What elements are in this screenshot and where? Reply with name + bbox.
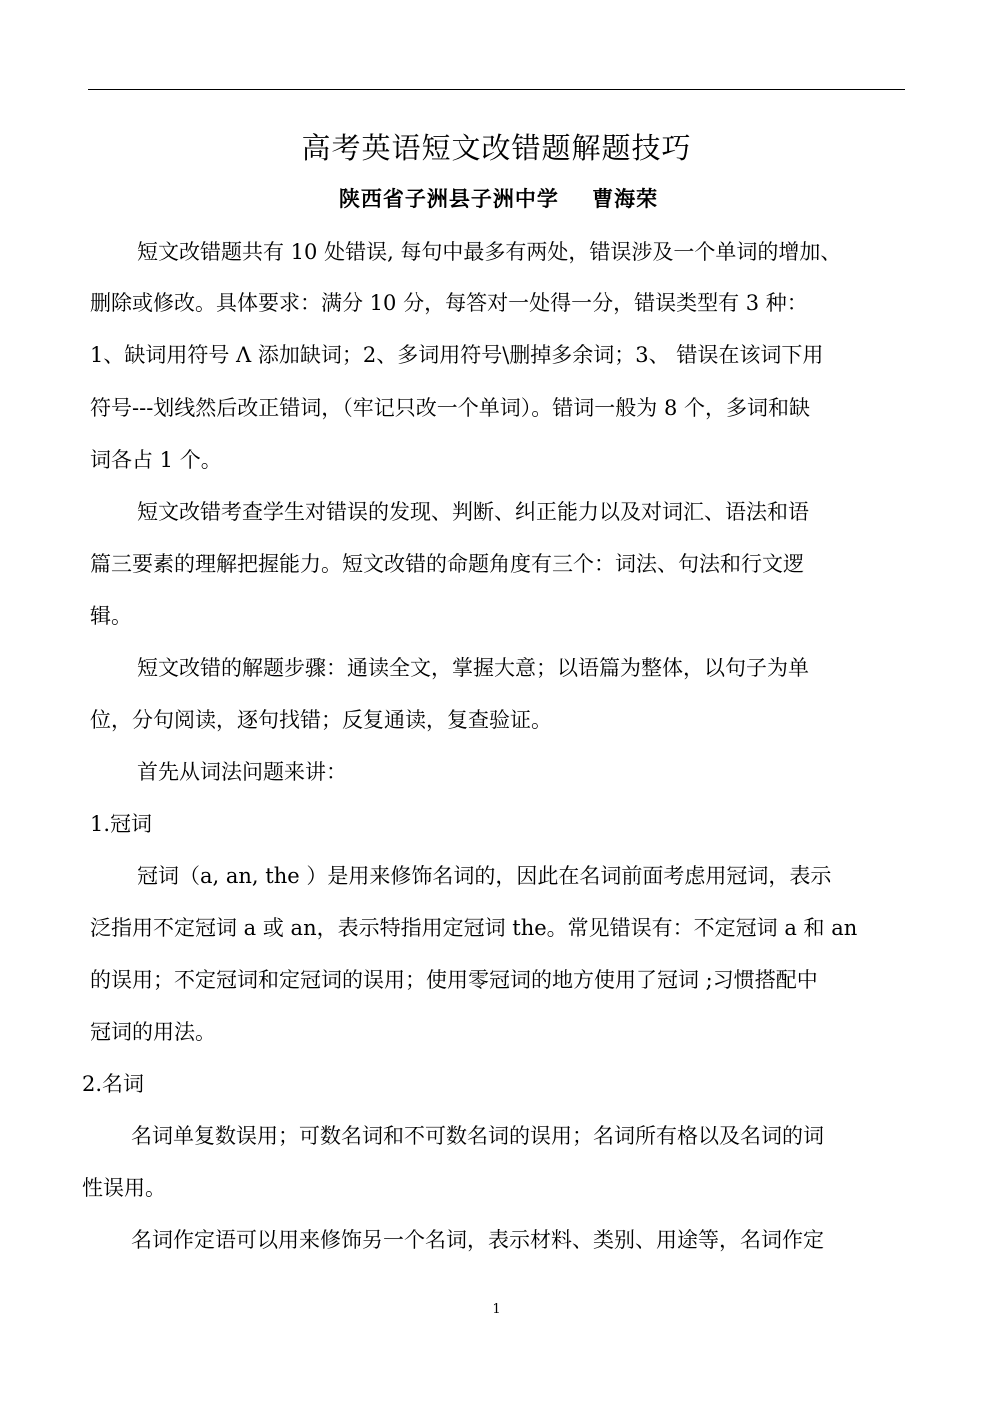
text-line: 词各占 1 个。 xyxy=(90,445,222,475)
text-line: 的误用；不定冠词和定冠词的误用；使用零冠词的地方使用了冠词 ;习惯搭配中 xyxy=(90,965,818,995)
text-line: 泛指用不定冠词 a 或 an，表示特指用定冠词 the。常见错误有：不定冠词 a… xyxy=(90,913,857,943)
text-line: 名词单复数误用；可数名词和不可数名词的误用；名词所有格以及名词的词 xyxy=(131,1121,824,1151)
text-line: 冠词的用法。 xyxy=(90,1017,216,1047)
text-line: 冠词（a, an, the ）是用来修饰名词的，因此在名词前面考虑用冠词，表示 xyxy=(137,861,831,891)
text-line: 篇三要素的理解把握能力。短文改错的命题角度有三个：词法、句法和行文逻 xyxy=(90,549,804,579)
text-line: 短文改错题共有 10 处错误, 每句中最多有两处，错误涉及一个单词的增加、 xyxy=(137,237,841,267)
text-line: 符号---划线然后改正错词，（牢记只改一个单词）。错词一般为 8 个，多词和缺 xyxy=(90,393,810,423)
text-line: 短文改错考查学生对错误的发现、判断、纠正能力以及对词汇、语法和语 xyxy=(137,497,809,527)
text-line: 位，分句阅读，逐句找错；反复通读，复查验证。 xyxy=(90,705,552,735)
header-rule xyxy=(88,89,905,90)
text-line: 1.冠词 xyxy=(90,809,152,839)
text-line: 短文改错的解题步骤：通读全文，掌握大意；以语篇为整体，以句子为单 xyxy=(137,653,809,683)
text-line: 性误用。 xyxy=(82,1173,166,1203)
text-line: 2.名词 xyxy=(82,1069,144,1099)
text-line: 名词作定语可以用来修饰另一个名词，表示材料、类别、用途等，名词作定 xyxy=(131,1225,824,1255)
text-line: 首先从词法问题来讲： xyxy=(137,757,347,787)
text-line: 1、缺词用符号 Λ 添加缺词；2、多词用符号\删掉多余词；3、 错误在该词下用 xyxy=(90,340,823,370)
text-line: 辑。 xyxy=(90,601,132,631)
document-title: 高考英语短文改错题解题技巧 xyxy=(0,128,993,168)
text-line: 删除或修改。具体要求：满分 10 分，每答对一处得一分，错误类型有 3 种： xyxy=(90,288,808,318)
author-line: 陕西省子洲县子洲中学 曹海荣 xyxy=(0,184,993,214)
page-number: 1 xyxy=(0,1302,993,1318)
